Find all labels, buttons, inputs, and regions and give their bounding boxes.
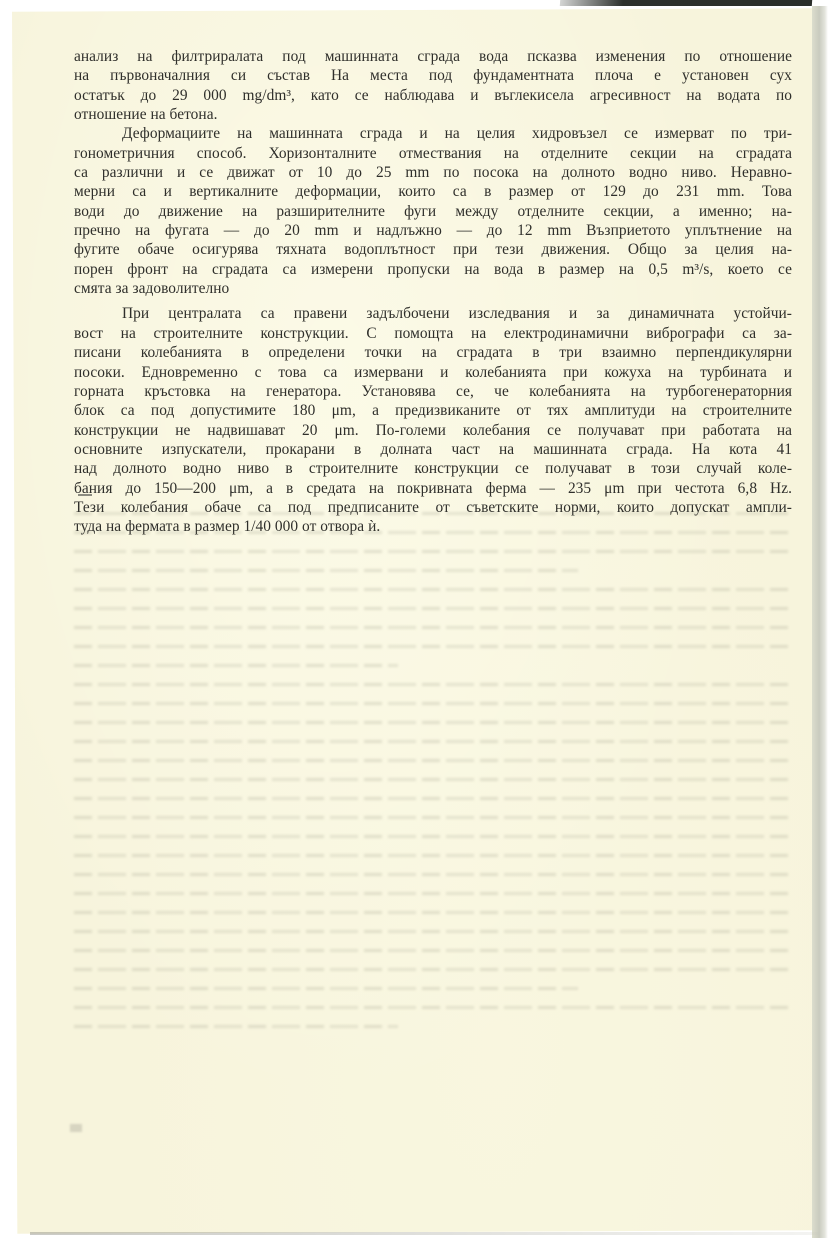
- text-line: вост на строителните конструкции. С помо…: [74, 324, 792, 343]
- document-body: анализ на филтриралата под машинната сгр…: [74, 47, 792, 537]
- text-line: смята за задоволително: [74, 279, 792, 298]
- text-line: При централата са правени задълбочени из…: [74, 304, 792, 323]
- text-line: отношение на бетона.: [74, 105, 792, 124]
- text-line: анализ на филтриралата под машинната сгр…: [74, 47, 792, 66]
- page-bottom-edge: [30, 1232, 820, 1235]
- scanner-top-edge-strip: [560, 0, 812, 6]
- bleed-through-page-number: [70, 1124, 82, 1132]
- text-line: горната кръстовка на генератора. Установ…: [74, 382, 792, 401]
- text-line: води до движение на разширителните фуги …: [74, 202, 792, 221]
- text-line: са различни и се движат от 10 до 25 mm п…: [74, 163, 792, 182]
- text-line: над долното водно ниво в строителните ко…: [74, 459, 792, 478]
- paragraph-3: При централата са правени задълбочени из…: [74, 304, 792, 536]
- text-line: Деформациите на машинната сграда и на це…: [74, 124, 792, 143]
- scanned-page-image: анализ на филтриралата под машинната сгр…: [0, 0, 838, 1244]
- paragraph-1: анализ на филтриралата под машинната сгр…: [74, 47, 792, 124]
- text-line: основните изпускатели, прокарани в долна…: [74, 440, 792, 459]
- text-line: остатък до 29 000 mg/dm³, като се наблюд…: [74, 86, 792, 105]
- paragraph-2: Деформациите на машинната сграда и на це…: [74, 124, 792, 298]
- text-line: бания до 150—200 μm, а в средата на покр…: [74, 479, 792, 498]
- text-line: мерни са и вертикалните деформации, коит…: [74, 182, 792, 201]
- text-line: на първоначалния си състав На места под …: [74, 66, 792, 85]
- text-line: блок са под допустимите 180 μm, а предиз…: [74, 401, 792, 420]
- text-line: порен фронт на сградата са измерени проп…: [74, 260, 792, 279]
- text-line: фугите обаче осигурява тяхната водоплътн…: [74, 240, 792, 259]
- separator-dash: [78, 494, 92, 496]
- text-line: гонометричния способ. Хоризонталните отм…: [74, 144, 792, 163]
- text-line: конструкции не надвишават 20 μm. По-голе…: [74, 421, 792, 440]
- text-line: посоки. Едновременно с това са измервани…: [74, 363, 792, 382]
- text-line: пречно на фугата — до 20 mm и надлъжно —…: [74, 221, 792, 240]
- bleed-through-text-texture: [74, 512, 794, 1072]
- text-line: писани колебанията в определени точки на…: [74, 343, 792, 362]
- page-right-edge-shadow: [812, 6, 828, 1238]
